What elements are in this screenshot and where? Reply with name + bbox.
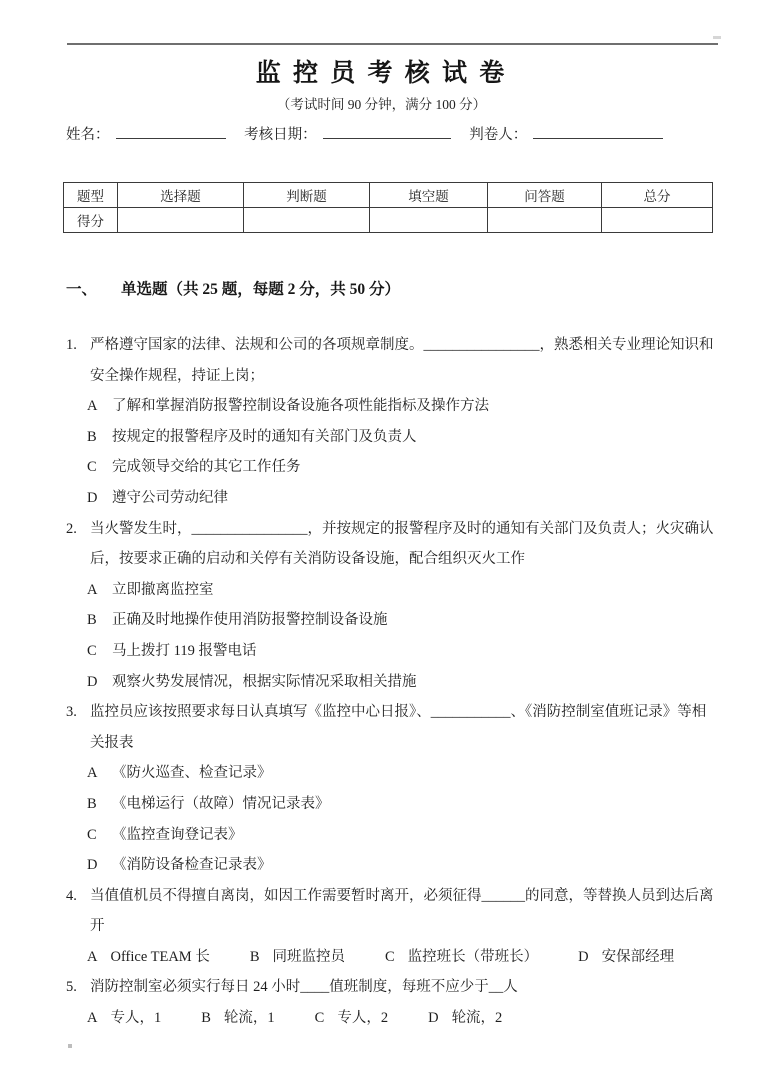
option-letter: B	[250, 942, 260, 973]
question-3: 3.监控员应该按照要求每日认真填写《监控中心日报》、___________、《消…	[66, 697, 718, 881]
question-1-option-d: D遵守公司劳动纪律	[66, 483, 718, 514]
question-number: 2.	[66, 514, 77, 545]
score-table-score-row: 得分	[64, 208, 713, 233]
option-letter: C	[87, 820, 112, 851]
option-letter: C	[385, 942, 395, 973]
option-letter: C	[87, 636, 112, 667]
question-4-option-d: D安保部经理	[578, 942, 674, 973]
name-field: 姓名：	[66, 127, 226, 143]
header-true-false: 判断题	[244, 183, 370, 208]
score-cell-choice	[118, 208, 244, 233]
exam-paper-page: 监 控 员 考 核 试 卷 （考试时间 90 分钟，满分 100 分） 姓名： …	[0, 0, 763, 1080]
score-cell-total	[602, 208, 713, 233]
question-5-option-a: A专人，1	[87, 1003, 161, 1034]
question-2-option-b: B正确及时地操作使用消防报警控制设备设施	[66, 605, 718, 636]
option-letter: B	[201, 1003, 211, 1034]
option-letter: A	[87, 758, 112, 789]
name-row: 姓名： 考核日期： 判卷人：	[66, 123, 716, 144]
option-letter: C	[315, 1003, 325, 1034]
option-letter: D	[578, 942, 588, 973]
option-letter: D	[87, 667, 112, 698]
score-table: 题型 选择题 判断题 填空题 问答题 总分 得分	[63, 182, 713, 233]
question-5-option-c: C专人，2	[315, 1003, 388, 1034]
question-text: 当火警发生时，________________，并按规定的报警程序及时的通知有关…	[90, 521, 714, 568]
option-letter: B	[87, 422, 112, 453]
option-text: Office TEAM 长	[110, 949, 209, 965]
question-5-option-b: B轮流，1	[201, 1003, 274, 1034]
header-total: 总分	[602, 183, 713, 208]
header-fill-blank: 填空题	[370, 183, 488, 208]
score-cell-fill-blank	[370, 208, 488, 233]
question-2: 2.当火警发生时，________________，并按规定的报警程序及时的通知…	[66, 514, 718, 698]
option-text: 观察火势发展情况，根据实际情况采取相关措施	[112, 674, 417, 690]
question-4-option-a: AOffice TEAM 长	[87, 942, 210, 973]
option-letter: A	[87, 1003, 97, 1034]
page-title: 监 控 员 考 核 试 卷	[0, 53, 763, 89]
option-text: 《消防设备检查记录表》	[112, 857, 272, 873]
page-subtitle: （考试时间 90 分钟，满分 100 分）	[0, 93, 763, 113]
option-text: 同班监控员	[273, 949, 346, 965]
question-5: 5.消防控制室必须实行每日 24 小时____值班制度，每班不应少于__人 A专…	[66, 972, 718, 1033]
question-4: 4.当值值机员不得擅自离岗，如因工作需要暂时离开，必须征得______的同意，等…	[66, 881, 718, 973]
grader-field: 判卷人：	[469, 127, 663, 143]
option-text: 安保部经理	[602, 949, 675, 965]
question-2-option-c: C马上拨打 119 报警电话	[66, 636, 718, 667]
date-label: 考核日期：	[244, 127, 317, 143]
option-text: 遵守公司劳动纪律	[112, 490, 228, 506]
question-text: 当值值机员不得擅自离岗，如因工作需要暂时离开，必须征得______的同意，等替换…	[90, 888, 714, 935]
question-number: 4.	[66, 881, 77, 912]
option-letter: A	[87, 575, 112, 606]
option-letter: C	[87, 452, 112, 483]
option-text: 轮流，2	[452, 1010, 503, 1026]
question-3-option-c: C《监控查询登记表》	[66, 820, 718, 851]
question-1-option-b: B按规定的报警程序及时的通知有关部门及负责人	[66, 422, 718, 453]
scan-artifact-top	[713, 36, 721, 39]
option-text: 《电梯运行（故障）情况记录表》	[112, 796, 330, 812]
option-text: 完成领导交给的其它工作任务	[112, 459, 301, 475]
question-1-option-c: C完成领导交给的其它工作任务	[66, 452, 718, 483]
option-text: 专人，1	[110, 1010, 161, 1026]
score-table-header-row: 题型 选择题 判断题 填空题 问答题 总分	[64, 183, 713, 208]
option-text: 马上拨打 119 报警电话	[112, 643, 256, 659]
option-text: 专人，2	[337, 1010, 388, 1026]
question-2-option-a: A立即撤离监控室	[66, 575, 718, 606]
option-text: 按规定的报警程序及时的通知有关部门及负责人	[112, 429, 417, 445]
question-1: 1.严格遵守国家的法律、法规和公司的各项规章制度。_______________…	[66, 330, 718, 514]
option-text: 正确及时地操作使用消防报警控制设备设施	[112, 612, 388, 628]
question-1-option-a: A了解和掌握消防报警控制设备设施各项性能指标及操作方法	[66, 391, 718, 422]
question-3-option-b: B《电梯运行（故障）情况记录表》	[66, 789, 718, 820]
option-letter: D	[87, 483, 112, 514]
scan-artifact-bottom	[68, 1044, 72, 1048]
date-blank	[323, 125, 451, 139]
option-letter: D	[428, 1003, 438, 1034]
question-4-option-b: B同班监控员	[250, 942, 345, 973]
option-text: 立即撤离监控室	[112, 582, 214, 598]
option-text: 了解和掌握消防报警控制设备设施各项性能指标及操作方法	[112, 398, 489, 414]
option-letter: D	[87, 850, 112, 881]
question-3-option-d: D《消防设备检查记录表》	[66, 850, 718, 881]
header-choice: 选择题	[118, 183, 244, 208]
question-3-option-a: A《防火巡查、检查记录》	[66, 758, 718, 789]
option-text: 监控班长（带班长）	[408, 949, 539, 965]
option-letter: A	[87, 391, 112, 422]
question-text: 严格遵守国家的法律、法规和公司的各项规章制度。________________，…	[90, 337, 714, 384]
date-field: 考核日期：	[244, 127, 451, 143]
option-letter: B	[87, 789, 112, 820]
grader-label: 判卷人：	[469, 127, 527, 143]
question-5-options: A专人，1 B轮流，1 C专人，2 D轮流，2	[66, 1003, 718, 1034]
option-text: 《监控查询登记表》	[112, 827, 243, 843]
score-row-label: 得分	[64, 208, 118, 233]
option-letter: A	[87, 942, 97, 973]
option-text: 轮流，1	[224, 1010, 275, 1026]
name-blank	[116, 125, 226, 139]
question-text: 监控员应该按照要求每日认真填写《监控中心日报》、___________、《消防控…	[90, 704, 706, 751]
header-qa: 问答题	[488, 183, 602, 208]
question-4-options: AOffice TEAM 长 B同班监控员 C监控班长（带班长） D安保部经理	[66, 942, 718, 973]
question-text: 消防控制室必须实行每日 24 小时____值班制度，每班不应少于__人	[90, 979, 518, 995]
section-heading: 一、单选题（共 25 题，每题 2 分，共 50 分）	[66, 277, 400, 299]
section-number: 一、	[66, 277, 121, 299]
question-number: 3.	[66, 697, 77, 728]
score-cell-qa	[488, 208, 602, 233]
question-4-option-c: C监控班长（带班长）	[385, 942, 538, 973]
question-2-option-d: D观察火势发展情况，根据实际情况采取相关措施	[66, 667, 718, 698]
option-letter: B	[87, 605, 112, 636]
question-number: 1.	[66, 330, 77, 361]
name-label: 姓名：	[66, 127, 110, 143]
questions-list: 1.严格遵守国家的法律、法规和公司的各项规章制度。_______________…	[66, 330, 718, 1034]
option-text: 《防火巡查、检查记录》	[112, 765, 272, 781]
score-cell-true-false	[244, 208, 370, 233]
question-number: 5.	[66, 972, 77, 1003]
top-rule	[67, 43, 718, 45]
grader-blank	[533, 125, 663, 139]
header-question-type: 题型	[64, 183, 118, 208]
question-5-option-d: D轮流，2	[428, 1003, 502, 1034]
section-title: 单选题（共 25 题，每题 2 分，共 50 分）	[121, 281, 400, 298]
